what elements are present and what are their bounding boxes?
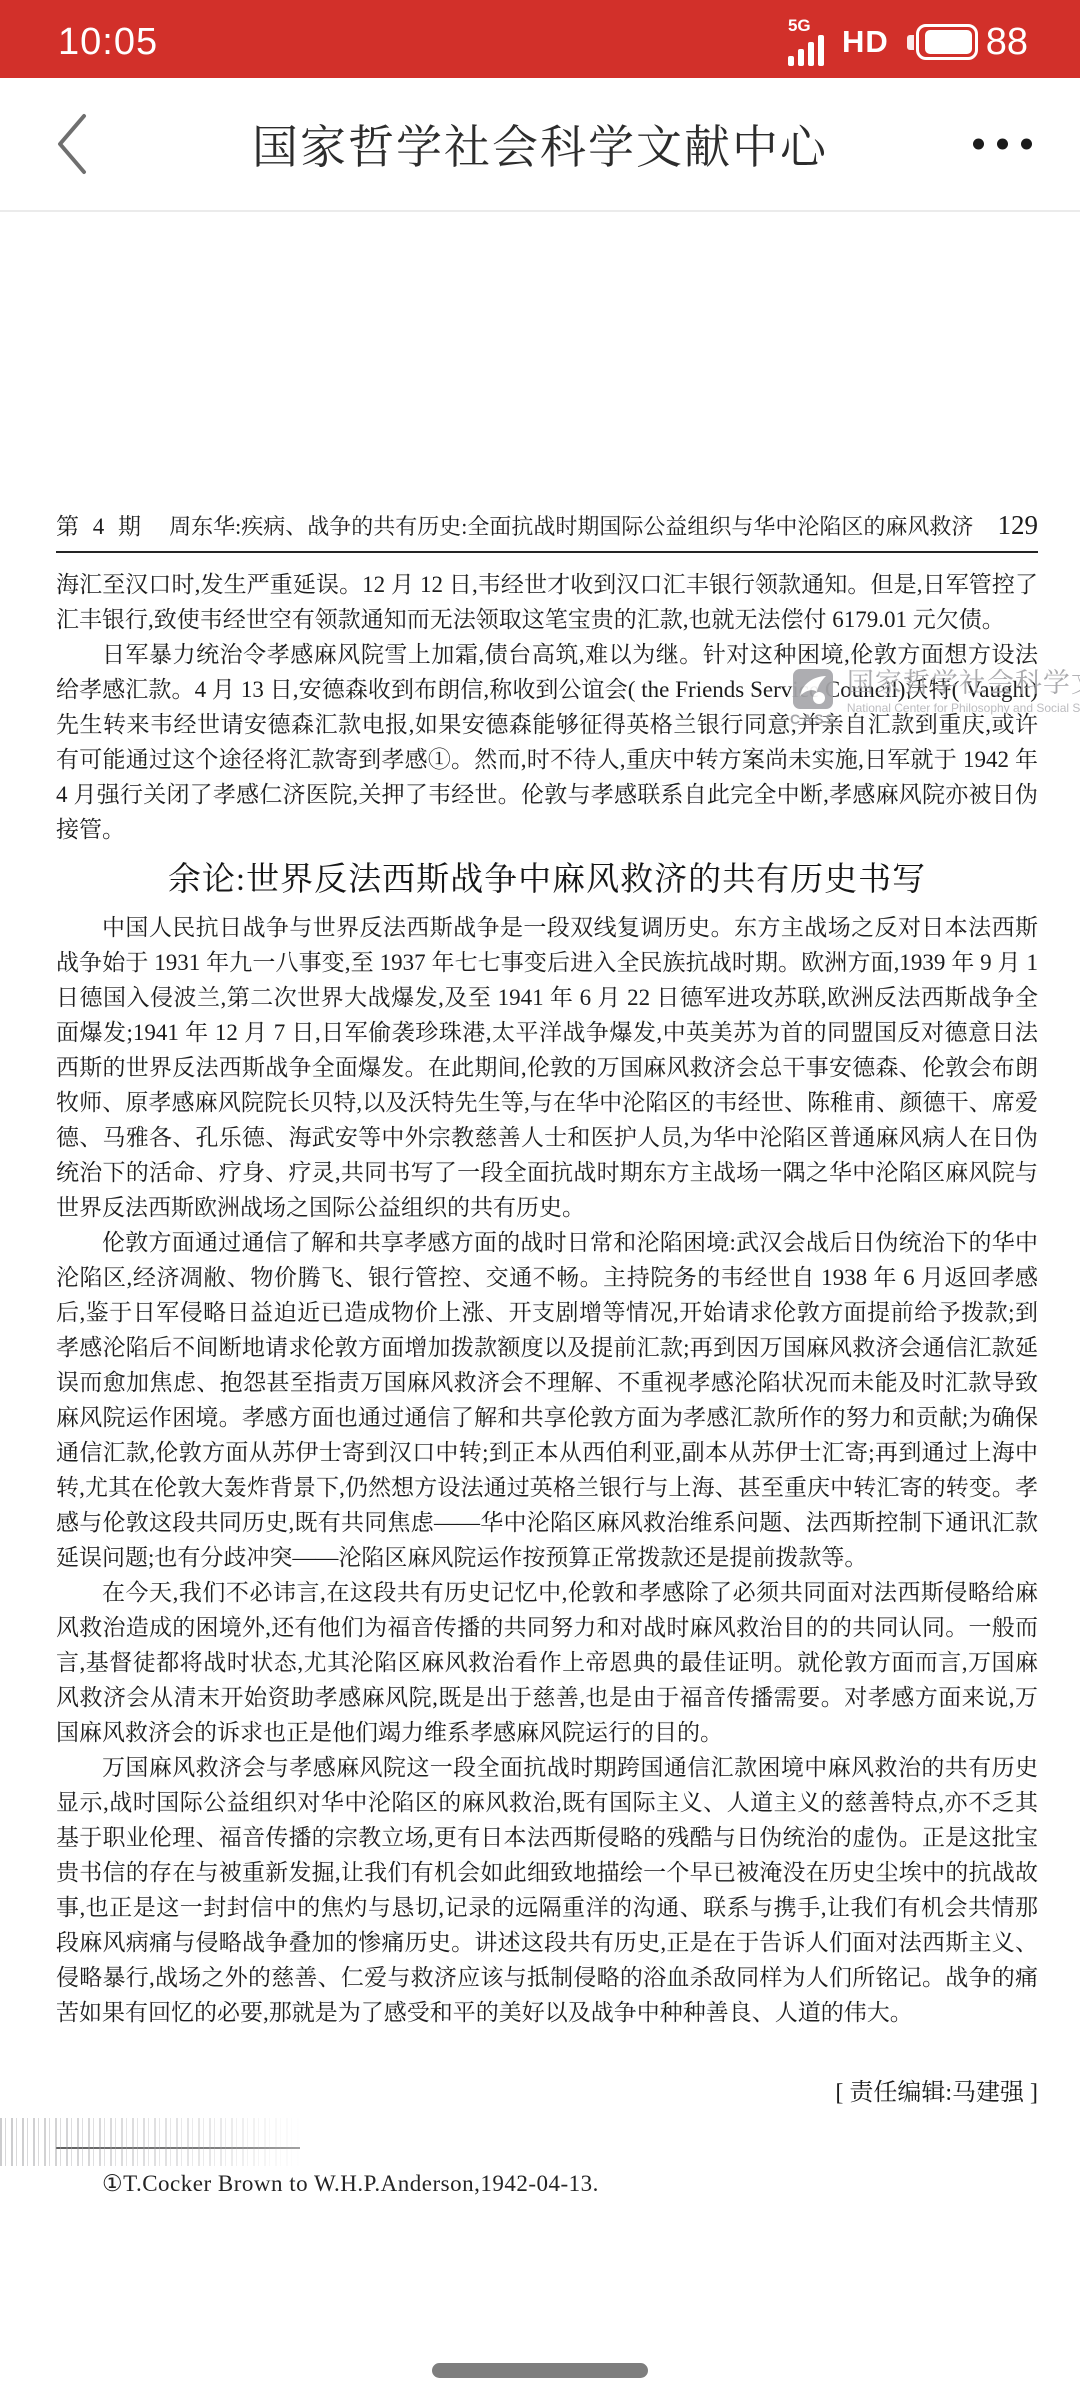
nav-divider <box>0 210 1080 212</box>
cass-logo-icon <box>792 668 834 710</box>
network-type-label: 5G <box>788 18 811 34</box>
status-bar: 10:05 5G HD 88 <box>0 0 1080 78</box>
article-body: 海汇至汉口时,发生严重延误。12 月 12 日,韦经世才收到汉口汇丰银行领款通知… <box>56 567 1038 2030</box>
more-dot-icon <box>1021 139 1032 150</box>
paragraph: 伦敦方面通过通信了解和共享孝感方面的战时日常和沦陷困境:武汉会战后日伪统治下的华… <box>56 1225 1038 1575</box>
header-rule <box>56 551 1038 553</box>
editor-note: [ 责任编辑:马建强 ] <box>56 2072 1038 2107</box>
nav-bar: 国家哲学社会科学文献中心 <box>0 78 1080 210</box>
page-number: 129 <box>998 510 1039 541</box>
signal-icon: 5G <box>788 18 824 66</box>
running-title: 周东华:疾病、战争的共有历史:全面抗战时期国际公益组织与华中沦陷区的麻风救济 <box>145 510 998 541</box>
home-indicator[interactable] <box>432 2363 648 2378</box>
watermark-cn-text: 国家哲学社会科学文 <box>847 668 1080 698</box>
status-time: 10:05 <box>58 21 158 64</box>
more-menu-button[interactable] <box>969 129 1036 160</box>
status-icons: 5G HD 88 <box>788 18 1028 66</box>
battery-icon: 88 <box>907 21 1028 64</box>
more-dot-icon <box>997 139 1008 150</box>
barcode-artifact <box>0 2118 308 2166</box>
paragraph: 万国麻风救济会与孝感麻风院这一段全面抗战时期跨国通信汇款困境中麻风救治的共有历史… <box>56 1750 1038 2030</box>
back-chevron-icon <box>50 110 94 178</box>
watermark-en-text: National Center for Philosophy and Socia… <box>847 701 1080 715</box>
paragraph: 海汇至汉口时,发生严重延误。12 月 12 日,韦经世才收到汉口汇丰银行领款通知… <box>56 567 1038 637</box>
footnote: ①T.Cocker Brown to W.H.P.Anderson,1942-0… <box>56 2171 1038 2197</box>
journal-issue: 第 4 期 <box>56 508 145 541</box>
paragraph: 在今天,我们不必讳言,在这段共有历史记忆中,伦敦和孝感除了必须共同面对法西斯侵略… <box>56 1575 1038 1750</box>
back-button[interactable] <box>40 108 104 180</box>
paragraph: 中国人民抗日战争与世界反法西斯战争是一段双线复调历史。东方主战场之反对日本法西斯… <box>56 910 1038 1225</box>
hd-icon: HD <box>842 24 889 60</box>
battery-percent: 88 <box>986 21 1028 64</box>
more-dot-icon <box>973 139 984 150</box>
cass-label: CASS <box>790 711 837 727</box>
section-heading: 余论:世界反法西斯战争中麻风救济的共有历史书写 <box>56 863 1038 898</box>
document-page[interactable]: CASS 国家哲学社会科学文 National Center for Philo… <box>0 508 1080 2197</box>
running-header: 第 4 期 周东华:疾病、战争的共有历史:全面抗战时期国际公益组织与华中沦陷区的… <box>56 508 1038 541</box>
page-title: 国家哲学社会科学文献中心 <box>252 111 828 177</box>
cass-watermark: CASS 国家哲学社会科学文 National Center for Philo… <box>790 668 1080 727</box>
